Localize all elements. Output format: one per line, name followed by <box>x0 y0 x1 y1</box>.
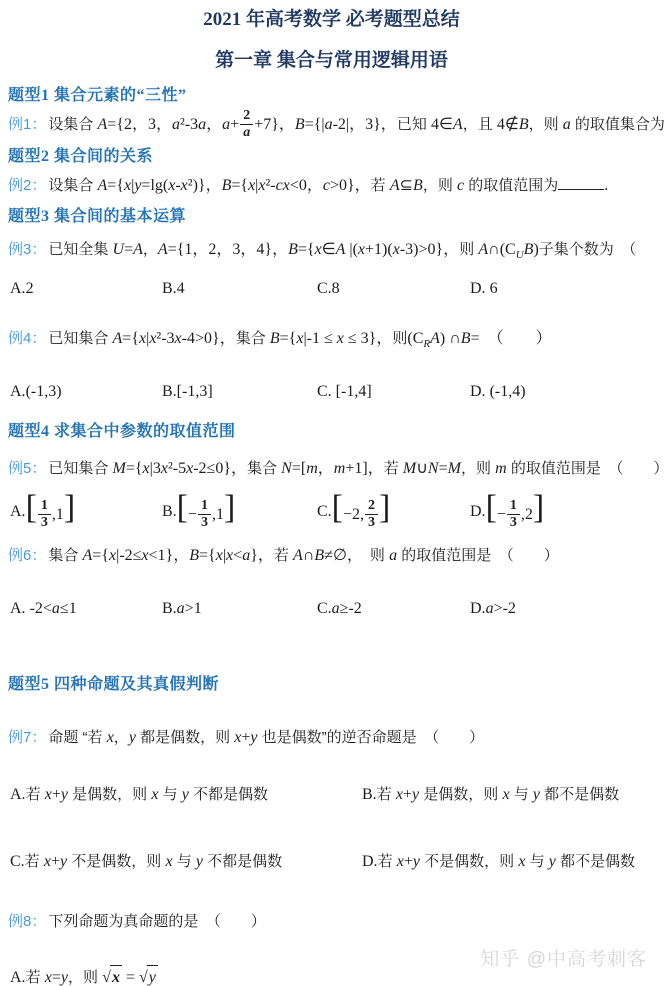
text-segment: (-1,3) <box>26 383 62 400</box>
option-label: A. <box>10 280 26 297</box>
text-segment: x <box>110 965 122 986</box>
text-segment: ={ <box>231 177 248 194</box>
option-q3-c: C.8 <box>317 277 470 301</box>
text-segment: . <box>604 177 608 194</box>
text-segment: a <box>325 116 333 133</box>
option-label: D. <box>470 280 486 297</box>
text-segment: 若 <box>25 853 44 870</box>
text-segment: y <box>250 729 257 746</box>
text-segment: >-2 <box>494 600 516 617</box>
option-label: A. <box>10 500 26 524</box>
text-segment: 2 <box>365 498 378 515</box>
text-segment: 都是偶数，则 <box>136 729 234 746</box>
text-segment <box>558 174 604 190</box>
option-q3-a: A.2 <box>10 277 162 301</box>
text-segment: 与 <box>525 853 548 870</box>
option-text: [13,1] <box>26 494 76 531</box>
text-segment: 则 <box>459 241 478 258</box>
text-segment: = （ ） <box>471 330 552 347</box>
text-segment: y <box>413 853 420 870</box>
text-segment: 2 <box>26 280 34 297</box>
option-q4-b: B.[-1,3] <box>162 380 317 404</box>
text-segment: B <box>524 241 534 258</box>
text-segment: ] <box>533 489 544 526</box>
option-q5-b: B.[−13,1] <box>162 494 317 531</box>
watermark: 知乎 @中高考刺客 <box>480 944 647 971</box>
example-7: 例7：命题 “若 x，y 都是偶数，则 x+y 也是偶数”的逆否命题是 （ ） <box>8 726 655 751</box>
text-segment: ∪ <box>416 460 428 477</box>
text-segment: B <box>413 177 423 194</box>
text-segment: 23 <box>365 498 378 531</box>
text-segment: B <box>314 547 324 564</box>
text-segment: 不都是偶数 <box>203 853 282 870</box>
options-row-q7-cd: C.若 x+y 不是偶数，则 x 与 y 不都是偶数 D.若 x+y 不是偶数，… <box>8 850 655 874</box>
text-segment: 若 <box>274 547 293 564</box>
text-segment: 若 <box>371 177 390 194</box>
text-segment: x <box>502 786 509 803</box>
text-segment: 的取值范围为 <box>464 177 558 194</box>
text-segment: 不是偶数，则 <box>420 853 518 870</box>
option-text: a>1 <box>177 600 202 617</box>
text-segment: ， <box>318 460 334 477</box>
text-segment: -2≤0}， <box>193 460 247 477</box>
option-text: [-1,4] <box>332 383 372 400</box>
example-4: 例4：已知集合 A={x|x²-3x-4>0}，集合 B={x|-1 ≤ x ≤… <box>8 327 655 352</box>
text-segment: ≤ 3}， <box>344 330 392 347</box>
text-segment: 2 <box>240 108 253 125</box>
example-4-text: 已知集合 A={x|x²-3x-4>0}，集合 B={x|-1 ≤ x ≤ 3}… <box>48 330 551 347</box>
text-segment: c <box>323 177 330 194</box>
option-label: A. <box>10 600 26 617</box>
text-segment: x <box>45 969 52 986</box>
text-segment: U <box>113 241 125 258</box>
text-segment: A <box>98 177 108 194</box>
text-segment: ，则 <box>68 969 102 986</box>
text-segment: =lg( <box>141 177 168 194</box>
text-segment: ={ <box>298 241 315 258</box>
text-segment: 4∈ <box>431 116 453 133</box>
text-segment: x <box>337 330 344 347</box>
text-segment: A <box>453 116 463 133</box>
text-segment: A <box>430 330 440 347</box>
text-segment: ≠∅， <box>324 547 355 564</box>
option-q6-c: C.a≥-2 <box>317 597 470 621</box>
text-segment: a <box>240 125 253 141</box>
text-segment: B <box>189 547 199 564</box>
text-segment: 是偶数，则 <box>68 786 151 803</box>
option-q3-b: B.4 <box>162 277 317 301</box>
text-segment: >0}， <box>330 177 371 194</box>
text-segment: ={ <box>199 547 216 564</box>
text-segment: 设集合 <box>48 116 97 133</box>
text-segment: ≥-2 <box>340 600 362 617</box>
example-4-label: 例4： <box>8 330 46 347</box>
text-segment: 已知 <box>397 116 431 133</box>
options-row-q6: A. -2<a≤1 B.a>1 C.a≥-2 D.a>-2 <box>8 597 655 621</box>
text-segment: 的取值范围是 （ ） <box>507 460 665 477</box>
text-segment: ] <box>224 489 235 526</box>
text-segment: a <box>52 600 60 617</box>
document-page: 2021 年高考数学 必考题型总结 第一章 集合与常用逻辑用语 题型1 集合元素… <box>0 0 665 986</box>
option-text: [−13,1] <box>177 494 236 531</box>
text-segment: y <box>129 729 136 746</box>
example-5-text: 已知集合 M={x|3x²-5x-2≤0}，集合 N=[m，m+1]，若 M∪N… <box>48 460 665 477</box>
text-segment: ²- <box>265 177 275 194</box>
section-heading-2: 题型2 集合间的关系 <box>8 147 655 167</box>
text-segment: x <box>181 177 188 194</box>
text-segment: 设集合 <box>48 177 97 194</box>
section-heading-1: 题型1 集合元素的“三性” <box>8 86 655 106</box>
example-8-text: 下列命题为真命题的是 （ ） <box>48 913 266 930</box>
text-segment: 若 <box>384 460 403 477</box>
example-5-label: 例5： <box>8 460 46 477</box>
text-segment: ) ∩ <box>440 330 461 347</box>
text-segment: ={1，2，3，4}， <box>168 241 288 258</box>
text-segment: − <box>497 506 506 523</box>
text-segment: x <box>165 853 172 870</box>
option-q3-d: D. 6 <box>470 277 655 301</box>
text-segment: ²-3 <box>156 330 174 347</box>
text-segment: |3 <box>150 460 161 477</box>
option-label: B. <box>162 383 177 400</box>
text-segment: ≤1 <box>60 600 77 617</box>
text-segment: B <box>288 241 298 258</box>
text-segment: A <box>83 547 93 564</box>
text-segment: 不都是偶数 <box>189 786 268 803</box>
text-segment: 则 <box>355 547 389 564</box>
option-q6-b: B.a>1 <box>162 597 317 621</box>
text-segment: 都不是偶数 <box>540 786 619 803</box>
text-segment: x <box>397 853 404 870</box>
text-segment: ,1 <box>212 506 224 523</box>
text-segment: -4>0}， <box>182 330 236 347</box>
text-segment: = <box>124 241 133 258</box>
text-segment: a <box>486 600 494 617</box>
text-segment: ={ <box>126 460 143 477</box>
option-q5-d: D.[−13,2] <box>470 494 655 531</box>
option-label: C. <box>317 500 332 524</box>
text-segment: 与 <box>158 786 181 803</box>
text-segment: 13 <box>198 498 211 531</box>
option-label: C. <box>10 853 25 870</box>
text-segment: ] <box>379 489 390 526</box>
text-segment: = <box>122 969 139 986</box>
text-segment: [ <box>177 489 188 526</box>
option-text: -2<a≤1 <box>26 600 77 617</box>
text-segment: cx <box>276 177 290 194</box>
option-text: 若 x+y 是偶数，则 x 与 y 都不是偶数 <box>377 786 620 803</box>
text-segment: 集合 <box>236 330 270 347</box>
text-segment: ∩ <box>303 547 315 564</box>
text-segment: x <box>393 241 400 258</box>
text-segment: y <box>533 786 540 803</box>
option-label: A. <box>10 969 26 986</box>
text-segment: 的取值集合为 <box>571 116 665 133</box>
text-segment: x <box>396 786 403 803</box>
text-segment: √x <box>102 965 122 986</box>
option-text: 若 x=y，则 √x = √y <box>26 969 158 986</box>
text-segment: <1}， <box>149 547 190 564</box>
text-segment: 3 <box>365 515 378 531</box>
text-segment: }， <box>250 547 274 564</box>
text-segment: < <box>233 547 242 564</box>
option-text: 4 <box>177 280 185 297</box>
text-segment: M <box>113 460 126 477</box>
text-segment: ∩(C <box>488 241 516 258</box>
text-segment: a <box>242 547 250 564</box>
text-segment: +7}， <box>254 116 295 133</box>
text-segment: 与 <box>173 853 196 870</box>
text-segment: M <box>403 460 416 477</box>
text-segment: 13 <box>38 498 51 531</box>
text-segment: ，且 <box>463 116 497 133</box>
text-segment: (C <box>407 330 423 347</box>
text-segment: B <box>222 177 232 194</box>
text-segment: |( <box>345 241 358 258</box>
text-segment: ={| <box>305 116 325 133</box>
text-segment: =[ <box>292 460 306 477</box>
text-segment: ,2 <box>521 506 533 523</box>
text-segment: ²-5 <box>168 460 186 477</box>
text-segment: 命题 “若 <box>48 729 106 746</box>
option-text: [-1,3] <box>177 383 213 400</box>
text-segment: A <box>158 241 168 258</box>
text-segment: 1 <box>507 498 520 515</box>
text-segment: ={ <box>280 330 297 347</box>
text-segment: [-1,3] <box>177 383 213 400</box>
option-label: B. <box>162 600 177 617</box>
text-segment: 下列命题为真命题的是 （ ） <box>48 913 266 930</box>
example-2-text: 设集合 A={x|y=lg(x-x²)}，B={x|x²-cx<0，c>0}，若… <box>48 177 608 194</box>
text-segment: m <box>334 460 346 477</box>
text-segment: + <box>52 786 61 803</box>
example-3-label: 例3： <box>8 241 46 258</box>
text-segment: a <box>198 116 206 133</box>
text-segment: 集合 <box>48 547 82 564</box>
example-1-label: 例1： <box>8 116 46 133</box>
text-segment: 已知集合 <box>48 460 112 477</box>
example-3-text: 已知全集 U=A，A={1，2，3，4}，B={x∈A |(x+1)(x-3)>… <box>48 241 665 258</box>
example-1: 例1：设集合 A={2，3，a²-3a，a+2a+7}，B={|a-2|，3}，… <box>8 108 655 141</box>
text-segment: 都不是偶数 <box>556 853 635 870</box>
doc-title: 2021 年高考数学 必考题型总结 <box>8 8 655 33</box>
example-6-text: 集合 A={x|-2≤x<1}，B={x|x<a}，若 A∩B≠∅， 则 a 的… <box>48 547 558 564</box>
text-segment: ={2，3， <box>107 116 172 133</box>
text-segment: ={ <box>122 330 139 347</box>
option-q6-a: A. -2<a≤1 <box>10 597 162 621</box>
text-segment: (-1,4) <box>486 383 526 400</box>
option-text: (-1,3) <box>26 383 62 400</box>
option-text: 8 <box>332 280 340 297</box>
text-segment: + <box>403 786 412 803</box>
option-label: D. <box>362 853 378 870</box>
text-segment: a <box>332 600 340 617</box>
text-segment: 若 <box>26 786 45 803</box>
text-segment: a <box>389 547 397 564</box>
text-segment: ²-3 <box>180 116 198 133</box>
text-segment: ， <box>143 241 158 258</box>
example-2-label: 例2： <box>8 177 46 194</box>
text-segment: a <box>222 116 230 133</box>
option-text: a>-2 <box>486 600 516 617</box>
text-segment: -3)>0}， <box>400 241 459 258</box>
text-segment: √y <box>139 965 158 986</box>
text-segment: A <box>390 177 400 194</box>
text-segment: A <box>478 241 488 258</box>
text-segment: 则 <box>392 330 407 347</box>
text-segment: ，则 <box>423 177 457 194</box>
text-segment: m <box>306 460 318 477</box>
text-segment: 8 <box>332 280 340 297</box>
option-q7-a: A.若 x+y 是偶数，则 x 与 y 不都是偶数 <box>10 783 362 807</box>
text-segment: B <box>270 330 280 347</box>
text-segment: B <box>461 330 471 347</box>
text-segment: 1 <box>198 498 211 515</box>
options-row-q5: A.[13,1] B.[−13,1] C.[−2,23] D.[−13,2] <box>8 494 655 531</box>
chapter-title: 第一章 集合与常用逻辑用语 <box>8 49 655 74</box>
text-segment: >1 <box>185 600 202 617</box>
text-segment: ∈ <box>322 241 336 258</box>
text-segment: x <box>216 547 223 564</box>
option-q4-a: A.(-1,3) <box>10 380 162 404</box>
section-heading-5: 题型5 四种命题及其真假判断 <box>8 675 655 695</box>
text-segment: ⊆ <box>400 177 413 194</box>
text-segment: B <box>295 116 305 133</box>
text-segment: y <box>61 786 68 803</box>
text-segment: + <box>230 116 239 133</box>
example-8-label: 例8： <box>8 913 46 930</box>
text-segment: 与 <box>510 786 533 803</box>
text-segment: [ <box>486 489 497 526</box>
options-row-q3: A.2 B.4 C.8 D. 6 <box>8 277 655 301</box>
text-segment: = <box>52 969 61 986</box>
text-segment: x <box>143 460 150 477</box>
text-segment: 的取值范围是 （ ） <box>397 547 559 564</box>
text-segment: 若 <box>26 969 45 986</box>
text-segment: [ <box>332 489 343 526</box>
text-segment: x <box>141 547 148 564</box>
example-6-label: 例6： <box>8 547 46 564</box>
text-segment: ，则 <box>529 116 563 133</box>
text-segment: 3 <box>198 515 211 531</box>
text-segment: ²)}， <box>188 177 222 194</box>
text-segment: x <box>175 330 182 347</box>
text-segment: a <box>172 116 180 133</box>
option-q4-c: C. [-1,4] <box>317 380 470 404</box>
option-q5-a: A.[13,1] <box>10 494 162 531</box>
text-segment: M <box>448 460 461 477</box>
option-text: [−13,2] <box>486 494 545 531</box>
option-text: 若 x+y 不是偶数，则 x 与 y 都不是偶数 <box>378 853 636 870</box>
text-segment: ] <box>64 489 75 526</box>
options-row-q7-ab: A.若 x+y 是偶数，则 x 与 y 不都是偶数 B.若 x+y 是偶数，则 … <box>8 783 655 807</box>
example-5: 例5：已知集合 M={x|3x²-5x-2≤0}，集合 N=[m，m+1]，若 … <box>8 457 655 482</box>
text-segment: y <box>147 965 158 986</box>
text-segment: 集合 <box>247 460 281 477</box>
text-segment: 13 <box>507 498 520 531</box>
text-segment: 3 <box>507 515 520 531</box>
text-segment: y <box>549 853 556 870</box>
text-segment: A <box>133 241 143 258</box>
section-heading-3: 题型3 集合间的基本运算 <box>8 207 655 227</box>
text-segment: 6 <box>486 280 498 297</box>
example-3: 例3：已知全集 U=A，A={1，2，3，4}，B={x∈A |(x+1)(x-… <box>8 238 655 263</box>
text-segment: a <box>563 116 571 133</box>
text-segment: y <box>61 969 68 986</box>
text-segment: ={ <box>107 177 124 194</box>
text-segment: |-2≤ <box>116 547 141 564</box>
options-row-q4: A.(-1,3) B.[-1,3] C. [-1,4] D. (-1,4) <box>8 380 655 404</box>
option-label: A. <box>10 383 26 400</box>
text-segment: 子集个数为 （ ） <box>539 241 665 258</box>
text-segment: 4∉ <box>497 116 519 133</box>
text-segment: [-1,4] <box>332 383 372 400</box>
text-segment: 已知全集 <box>48 241 112 258</box>
section-heading-4: 题型4 求集合中参数的取值范围 <box>8 422 655 442</box>
text-segment: ，则 <box>461 460 495 477</box>
text-segment: 也是偶数”的逆否命题是 （ ） <box>258 729 485 746</box>
text-segment: 若 <box>378 853 397 870</box>
text-segment: + <box>404 853 413 870</box>
option-text: a≥-2 <box>332 600 362 617</box>
text-segment: 若 <box>377 786 396 803</box>
option-label: C. <box>317 600 332 617</box>
text-segment: ={ <box>92 547 109 564</box>
text-segment: a <box>177 600 185 617</box>
option-text: (-1,4) <box>486 383 526 400</box>
option-label: B. <box>162 500 177 524</box>
option-q7-c: C.若 x+y 不是偶数，则 x 与 y 不都是偶数 <box>10 850 362 874</box>
text-segment: ,1 <box>52 506 64 523</box>
option-label: D. <box>470 383 486 400</box>
text-segment: y <box>196 853 203 870</box>
example-8: 例8：下列命题为真命题的是 （ ） <box>8 910 655 935</box>
option-text: 6 <box>486 280 498 297</box>
option-text: 2 <box>26 280 34 297</box>
text-segment: x <box>107 729 114 746</box>
text-segment: x <box>45 786 52 803</box>
option-q7-b: B.若 x+y 是偶数，则 x 与 y 都不是偶数 <box>362 783 655 807</box>
text-segment: +1]， <box>345 460 383 477</box>
text-segment: −2, <box>343 506 364 523</box>
text-segment: A <box>113 330 123 347</box>
text-segment: + <box>51 853 60 870</box>
option-text: 若 x+y 是偶数，则 x 与 y 不都是偶数 <box>26 786 269 803</box>
option-label: B. <box>162 280 177 297</box>
option-q5-c: C.[−2,23] <box>317 494 470 531</box>
text-segment: A <box>293 547 303 564</box>
option-label: D. <box>470 600 486 617</box>
text-segment: N <box>281 460 292 477</box>
example-1-text: 设集合 A={2，3，a²-3a，a+2a+7}，B={|a-2|，3}，已知 … <box>48 116 665 133</box>
text-segment: 是偶数，则 <box>419 786 502 803</box>
text-segment: <0， <box>290 177 323 194</box>
text-segment: -2< <box>26 600 52 617</box>
option-q4-d: D. (-1,4) <box>470 380 655 404</box>
text-segment: -2|，3}， <box>333 116 397 133</box>
option-q7-d: D.若 x+y 不是偶数，则 x 与 y 都不是偶数 <box>362 850 655 874</box>
text-segment: y <box>182 786 189 803</box>
option-label: A. <box>10 786 26 803</box>
text-segment: ， <box>114 729 129 746</box>
text-segment: 不是偶数，则 <box>67 853 165 870</box>
text-segment: |-1 ≤ <box>303 330 336 347</box>
option-text: 若 x+y 不是偶数，则 x 与 y 不都是偶数 <box>25 853 283 870</box>
text-segment: 已知集合 <box>48 330 112 347</box>
text-segment: U <box>516 250 524 262</box>
text-segment: A <box>98 116 108 133</box>
example-6: 例6：集合 A={x|-2≤x<1}，B={x|x<a}，若 A∩B≠∅， 则 … <box>8 544 655 569</box>
